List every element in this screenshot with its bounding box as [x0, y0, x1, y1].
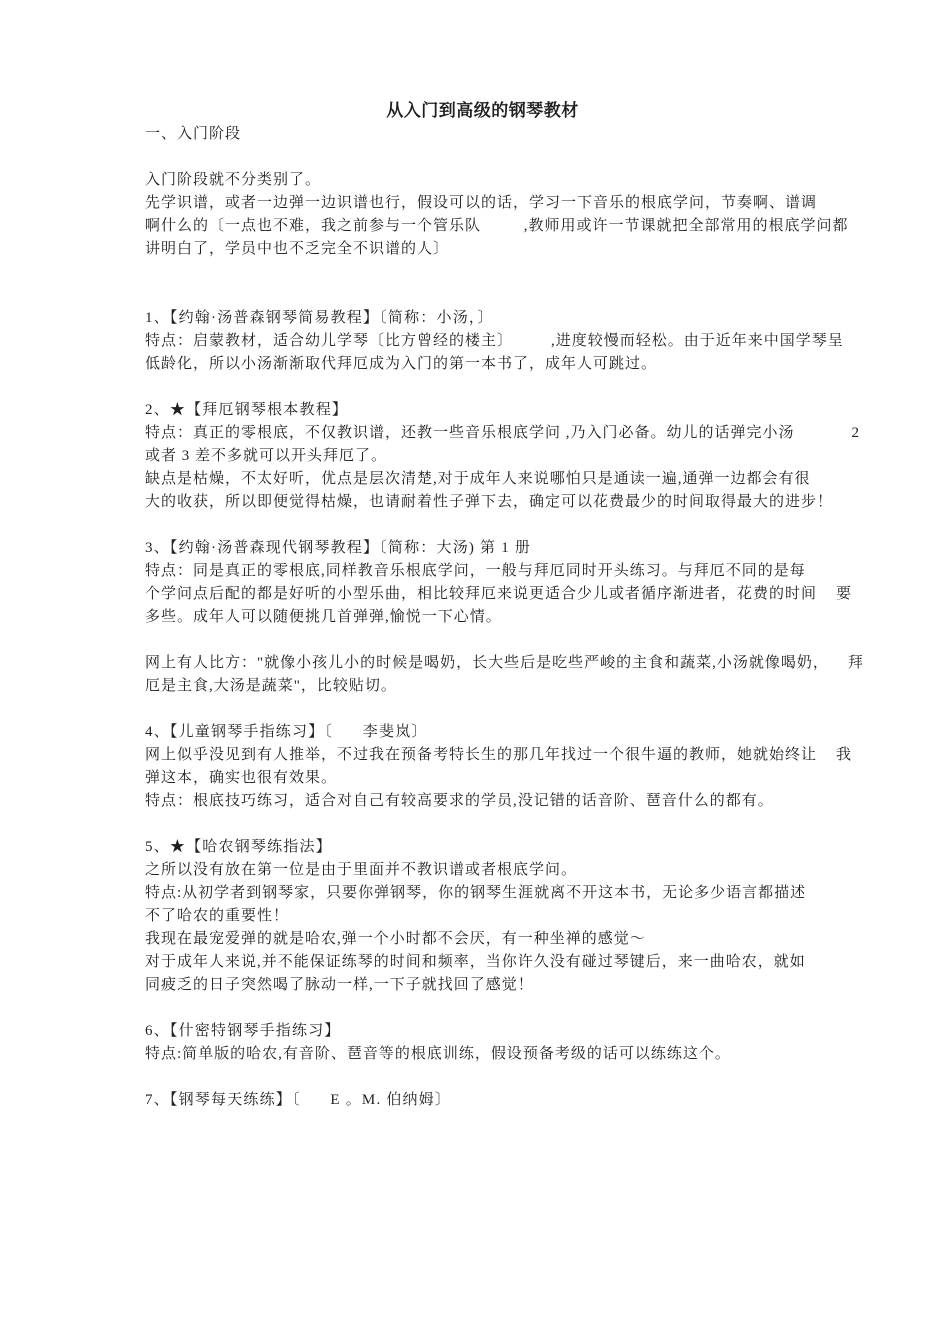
text-line: 网上有人比方："就像小孩儿小的时候是喝奶，长大些后是吃些严峻的主食和蔬菜,小汤就… [145, 652, 820, 675]
text-line: 特点：同是真正的零根底,同样教音乐根底学问，一般与拜厄同时开头练习。与拜厄不同的… [145, 560, 820, 583]
text-line: 先学识谱，或者一边弹一边识谱也行，假设可以的话，学习一下音乐的根底学问，节奏啊、… [145, 192, 820, 215]
text-line: 之所以没有放在第一位是由于里面并不教识谱或者根底学问。 [145, 859, 820, 882]
blank-line [145, 261, 820, 284]
text-line: 特点:从初学者到钢琴家，只要你弹钢琴，你的钢琴生涯就离不开这本书，无论多少语言都… [145, 882, 820, 905]
text-line: 讲明白了，学员中也不乏完全不识谱的人〕 [145, 238, 820, 261]
text-line: 同疲乏的日子突然喝了脉动一样,一下子就找回了感觉！ [145, 974, 820, 997]
book-heading: 7、【钢琴每天练练】〔 E 。M. 伯纳姆〕 [145, 1089, 820, 1112]
book-heading: 4、【儿童钢琴手指练习】〔 李斐岚〕 [145, 721, 820, 744]
text-line: 对于成年人来说,并不能保证练琴的时间和频率，当你许久没有碰过琴键后，来一曲哈农，… [145, 951, 820, 974]
blank-line [145, 146, 820, 169]
document-page: 从入门到高级的钢琴教材 一、入门阶段入门阶段就不分类别了。先学识谱，或者一边弹一… [0, 0, 950, 1344]
book-heading: 6、【什密特钢琴手指练习】 [145, 1020, 820, 1043]
book-heading: 2、★【拜厄钢琴根本教程】 [145, 399, 820, 422]
text-line: 多些。成年人可以随便挑几首弹弹,愉悦一下心情。 [145, 606, 820, 629]
blank-line [145, 997, 820, 1020]
blank-line [145, 698, 820, 721]
blank-line [145, 1066, 820, 1089]
text-line: 入门阶段就不分类别了。 [145, 169, 820, 192]
blank-line [145, 629, 820, 652]
document-body: 一、入门阶段入门阶段就不分类别了。先学识谱，或者一边弹一边识谱也行，假设可以的话… [145, 123, 820, 1112]
text-line: 特点：启蒙教材，适合幼儿学琴〔比方曾经的楼主〕 ,进度较慢而轻松。由于近年来中国… [145, 330, 820, 353]
text-line: 特点：根底技巧练习，适合对自己有较高要求的学员,没记错的话音阶、琶音什么的都有。 [145, 790, 820, 813]
text-line: 低龄化，所以小汤渐渐取代拜厄成为入门的第一本书了，成年人可跳过。 [145, 353, 820, 376]
text-line: 大的收获，所以即便觉得枯燥，也请耐着性子弹下去，确定可以花费最少的时间取得最大的… [145, 491, 820, 514]
text-line: 不了哈农的重要性！ [145, 905, 820, 928]
document-title: 从入门到高级的钢琴教材 [145, 100, 820, 122]
text-line: 个学问点后配的都是好听的小型乐曲，相比较拜厄来说更适合少儿或者循序渐进者，花费的… [145, 583, 820, 606]
text-line: 弹这本，确实也很有效果。 [145, 767, 820, 790]
text-line: 或者 3 差不多就可以开头拜厄了。 [145, 445, 820, 468]
blank-line [145, 514, 820, 537]
text-line: 特点：真正的零根底，不仅教识谱，还教一些音乐根底学问 ,乃入门必备。幼儿的话弹完… [145, 422, 820, 445]
text-line: 啊什么的〔一点也不难，我之前参与一个管乐队 ,教师用或许一节课就把全部常用的根底… [145, 215, 820, 238]
text-line: 网上似乎没见到有人推举，不过我在预备考特长生的那几年找过一个很牛逼的教师，她就始… [145, 744, 820, 767]
blank-line [145, 284, 820, 307]
book-heading: 3、【约翰·汤普森现代钢琴教程】〔简称：大汤) 第 1 册 [145, 537, 820, 560]
text-line: 厄是主食,大汤是蔬菜"，比较贴切。 [145, 675, 820, 698]
blank-line [145, 376, 820, 399]
text-line: 缺点是枯燥，不太好听，优点是层次清楚,对于成年人来说哪怕只是通读一遍,通弹一边都… [145, 468, 820, 491]
section-heading: 一、入门阶段 [145, 123, 820, 146]
text-line: 特点:简单版的哈农,有音阶、琶音等的根底训练，假设预备考级的话可以练练这个。 [145, 1043, 820, 1066]
text-line: 我现在最宠爱弹的就是哈农,弹一个小时都不会厌，有一种坐禅的感觉～ [145, 928, 820, 951]
book-heading: 5、★【哈农钢琴练指法】 [145, 836, 820, 859]
book-heading: 1、【约翰·汤普森钢琴简易教程】〔简称：小汤，〕 [145, 307, 820, 330]
blank-line [145, 813, 820, 836]
